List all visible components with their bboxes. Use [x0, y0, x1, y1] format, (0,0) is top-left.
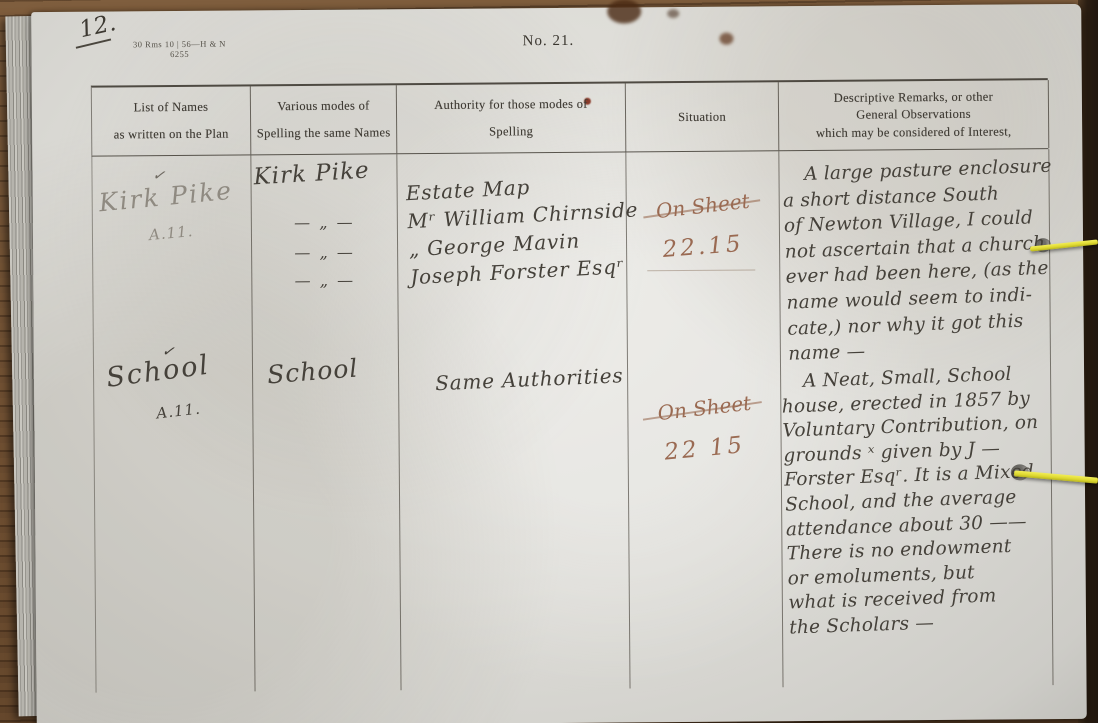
text-line: 6255	[90, 48, 270, 59]
text-line: as written on the Plan	[114, 121, 229, 149]
name-on-plan: Kirk Pike	[98, 176, 235, 218]
text-line: Situation	[678, 103, 726, 130]
header-spelling-modes: Various modes ofSpelling the same Names	[251, 85, 398, 154]
situation-label: On Sheet	[626, 185, 780, 226]
column-names: ✓ Kirk Pike A.11. ✓ School A.11.	[92, 155, 255, 692]
column-authorities: Estate MapMʳ William Chirnside„ George M…	[397, 152, 630, 690]
text-line: Various modes of	[277, 92, 370, 120]
column-spellings: Kirk Pike — „ — — „ — — „ — School	[251, 154, 401, 691]
text-line: List of Names	[133, 94, 208, 122]
column-remarks: A large pasture enclosurea short distanc…	[779, 149, 1053, 687]
name-book-table: List of Namesas written on the Plan Vari…	[91, 78, 1053, 692]
spelling-entry: Kirk Pike	[253, 157, 371, 190]
printer-imprint: 30 Rms 10 | 56—H & N6255	[89, 38, 269, 59]
text-line: which may be considered of Interest,	[816, 123, 1012, 142]
ditto-mark: — „ —	[252, 242, 397, 262]
sheet-heading: No. 21.	[483, 33, 613, 51]
text-line: Same Authorities	[435, 361, 624, 397]
ditto-mark: — „ —	[252, 270, 397, 290]
text-line: General Observations	[856, 106, 971, 124]
faint-underline	[647, 269, 755, 271]
plan-reference: A.11.	[155, 400, 201, 423]
spelling-entry: School	[266, 353, 359, 389]
text-line: Spelling	[489, 118, 533, 145]
name-on-plan: School	[104, 350, 211, 394]
situation-sheet-number: 22.15	[626, 228, 780, 266]
header-list-of-names: List of Namesas written on the Plan	[92, 86, 252, 155]
remarks-text: A large pasture enclosurea short distanc…	[782, 154, 1058, 368]
ink-stain	[607, 0, 641, 24]
text-line: Spelling the same Names	[257, 119, 391, 147]
ledger-scan-scene: 12. 30 Rms 10 | 56—H & N6255 No. 21. Lis…	[0, 0, 1098, 723]
text-line: Authority for those modes of	[434, 91, 588, 119]
situation-label: On Sheet	[627, 387, 781, 428]
text-line: Descriptive Remarks, or other	[834, 88, 993, 107]
plan-reference: A.11.	[148, 222, 194, 244]
ink-stain	[667, 9, 679, 18]
remarks-text: A Neat, Small, Schoolhouse, erected in 1…	[781, 362, 1046, 641]
situation-sheet-number: 22 15	[628, 429, 782, 469]
authority-list: Same Authorities	[435, 361, 624, 397]
authority-list: Estate MapMʳ William Chirnside„ George M…	[405, 167, 642, 291]
column-situation: On Sheet 22.15 On Sheet 22 15	[626, 151, 783, 688]
header-authority: Authority for those modes ofSpelling	[397, 83, 627, 153]
ditto-mark: — „ —	[252, 212, 397, 232]
header-situation: Situation	[626, 82, 780, 151]
header-descriptive-remarks: Descriptive Remarks, or otherGeneral Obs…	[779, 80, 1050, 150]
table-body: ✓ Kirk Pike A.11. ✓ School A.11. Kirk Pi…	[91, 149, 1052, 692]
ink-stain	[719, 33, 733, 45]
handwritten-page-number: 12.	[77, 10, 118, 43]
table-header-row: List of Namesas written on the Plan Vari…	[91, 78, 1049, 157]
ledger-page: 12. 30 Rms 10 | 56—H & N6255 No. 21. Lis…	[31, 4, 1087, 723]
